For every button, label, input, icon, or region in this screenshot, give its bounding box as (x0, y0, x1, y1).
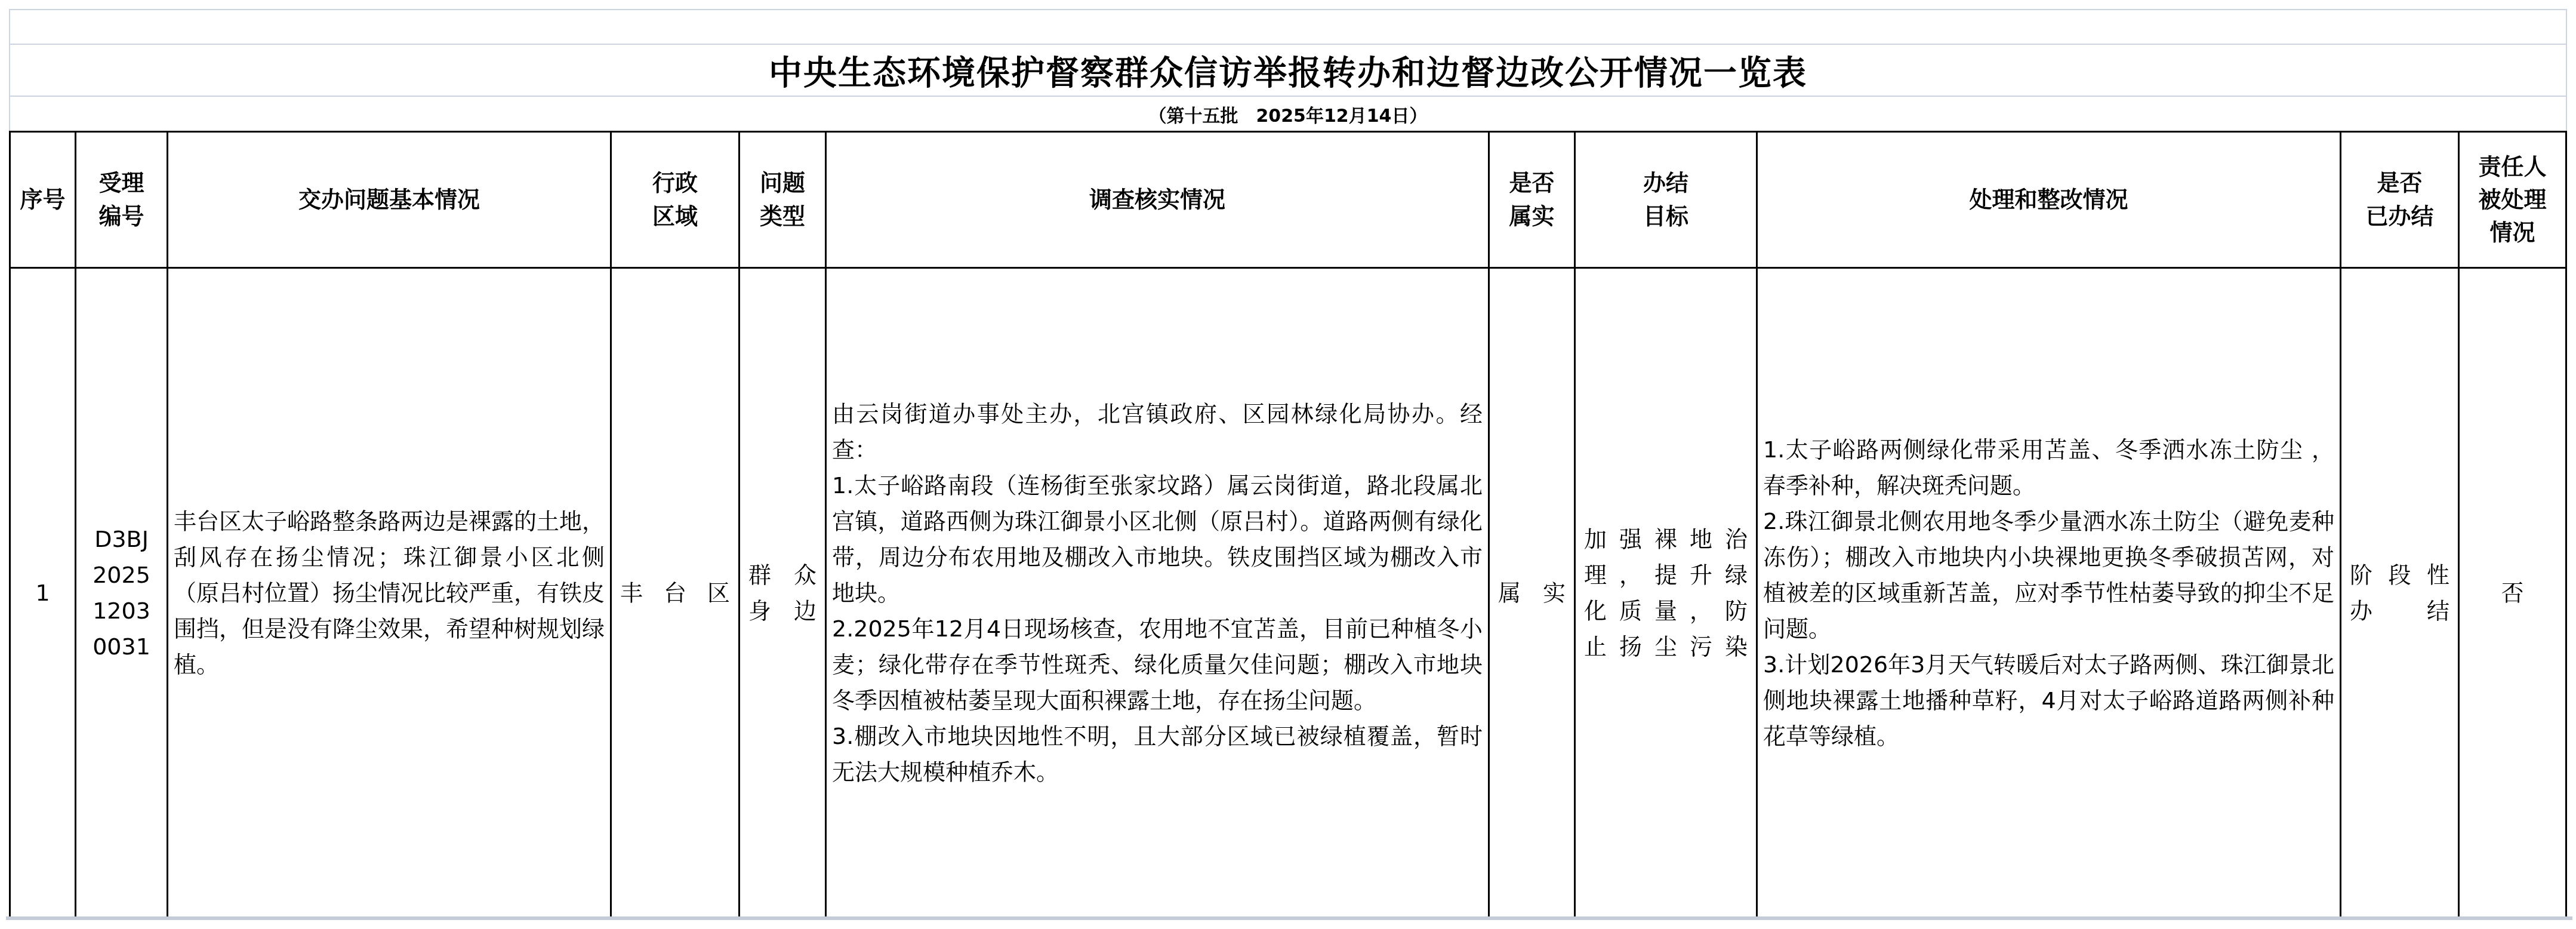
cell-case-no: D3BJ 2025 1203 0031 (76, 268, 168, 917)
report-table: 序号 受理 编号 交办问题基本情况 行政 区域 问题 类型 调查核实情况 是否 … (9, 131, 2567, 917)
table-row: 1 D3BJ 2025 1203 0031 丰台区太子峪路整条路两边是裸露的土地… (10, 268, 2566, 917)
col-header-region: 行政 区域 (611, 132, 739, 268)
cell-verified: 属实 (1489, 268, 1575, 917)
page-subtitle: （第十五批 2025年12月14日） (1149, 101, 1428, 127)
col-header-verified: 是否 属实 (1489, 132, 1575, 268)
sheet-bottom-gridline (6, 916, 2572, 920)
col-header-type: 问题 类型 (739, 132, 826, 268)
col-header-handling: 处理和整改情况 (1757, 132, 2341, 268)
col-header-goal: 办结 目标 (1575, 132, 1757, 268)
cell-region: 丰台区 (611, 268, 739, 917)
cell-problem: 丰台区太子峪路整条路两边是裸露的土地，刮风存在扬尘情况；珠江御景小区北侧 （原吕… (168, 268, 611, 917)
cell-accountability: 否 (2459, 268, 2566, 917)
cell-closed: 阶段性 办结 (2341, 268, 2459, 917)
page-title: 中央生态环境保护督察群众信访举报转办和边督边改公开情况一览表 (769, 47, 1807, 94)
cell-seq: 1 (10, 268, 76, 917)
title-row: 中央生态环境保护督察群众信访举报转办和边督边改公开情况一览表 (9, 45, 2567, 97)
header-row: 序号 受理 编号 交办问题基本情况 行政 区域 问题 类型 调查核实情况 是否 … (10, 132, 2566, 268)
top-empty-row (9, 9, 2567, 45)
cell-type: 群众 身边 (739, 268, 826, 917)
cell-investigation: 由云岗街道办事处主办，北宫镇政府、区园林绿化局协办。经查： 1.太子峪路南段（连… (826, 268, 1489, 917)
col-header-case-no: 受理 编号 (76, 132, 168, 268)
subtitle-row: （第十五批 2025年12月14日） (9, 97, 2567, 131)
sheet: 中央生态环境保护督察群众信访举报转办和边督边改公开情况一览表 （第十五批 202… (0, 0, 2576, 929)
col-header-accountability: 责任人 被处理 情况 (2459, 132, 2566, 268)
cell-goal: 加强裸地治 理，提升绿 化质量，防 止扬尘污染 (1575, 268, 1757, 917)
col-header-problem: 交办问题基本情况 (168, 132, 611, 268)
cell-handling: 1.太子峪路两侧绿化带采用苫盖、冬季洒水冻土防尘 ，春季补种，解决斑秃问题。 2… (1757, 268, 2341, 917)
col-header-closed: 是否 已办结 (2341, 132, 2459, 268)
col-header-investigation: 调查核实情况 (826, 132, 1489, 268)
col-header-seq: 序号 (10, 132, 76, 268)
